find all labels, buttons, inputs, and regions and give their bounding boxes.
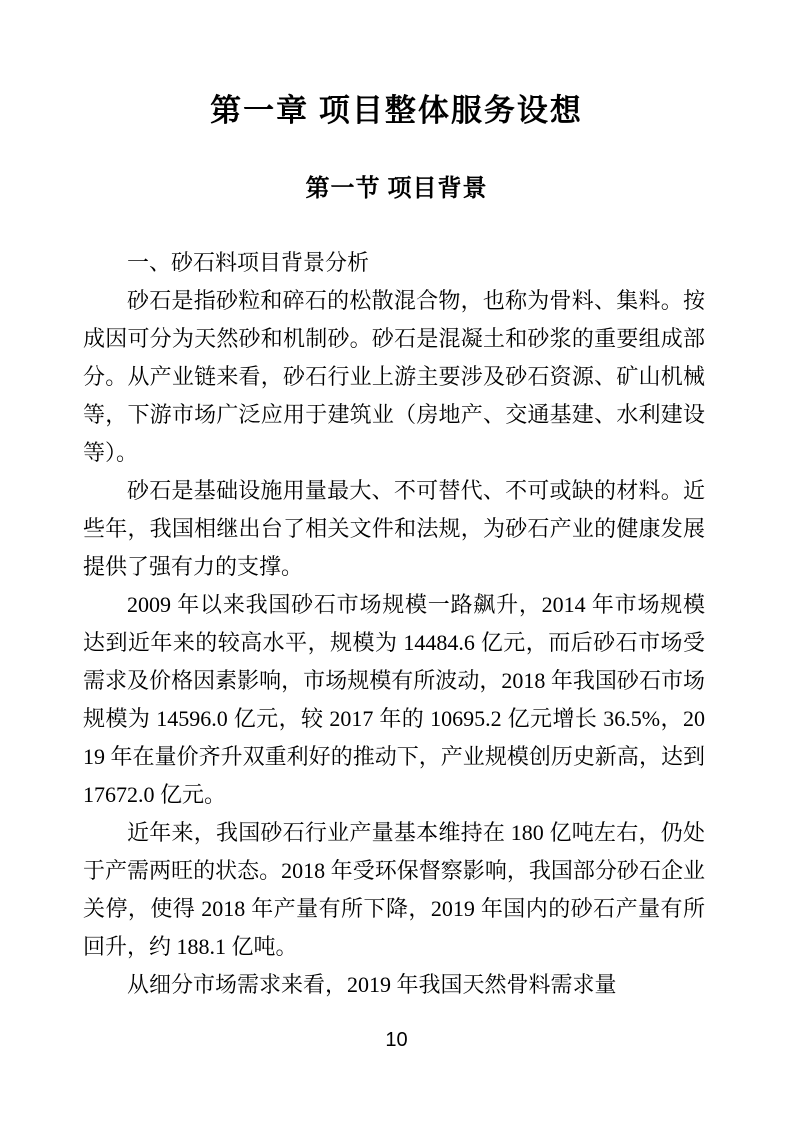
- page-number: 10: [0, 1026, 793, 1054]
- paragraph-market-scale: 2009 年以来我国砂石市场规模一路飙升，2014 年市场规模达到近年来的较高水…: [83, 586, 705, 814]
- paragraph-segment-demand: 从细分市场需求来看，2019 年我国天然骨料需求量: [83, 966, 705, 1004]
- list-item-heading: 一、砂石料项目背景分析: [83, 244, 705, 282]
- paragraph-output-volume: 近年来，我国砂石行业产量基本维持在 180 亿吨左右，仍处于产需两旺的状态。20…: [83, 814, 705, 966]
- paragraph-industry-definition: 砂石是指砂粒和碎石的松散混合物，也称为骨料、集料。按成因可分为天然砂和机制砂。砂…: [83, 282, 705, 472]
- document-body: 一、砂石料项目背景分析 砂石是指砂粒和碎石的松散混合物，也称为骨料、集料。按成因…: [83, 244, 705, 1004]
- section-heading: 第一节 项目背景: [0, 172, 793, 206]
- chapter-heading: 第一章 项目整体服务设想: [0, 90, 793, 132]
- paragraph-policy-support: 砂石是基础设施用量最大、不可替代、不可或缺的材料。近些年，我国相继出台了相关文件…: [83, 472, 705, 586]
- document-page: 第一章 项目整体服务设想 第一节 项目背景 一、砂石料项目背景分析 砂石是指砂粒…: [0, 0, 793, 1122]
